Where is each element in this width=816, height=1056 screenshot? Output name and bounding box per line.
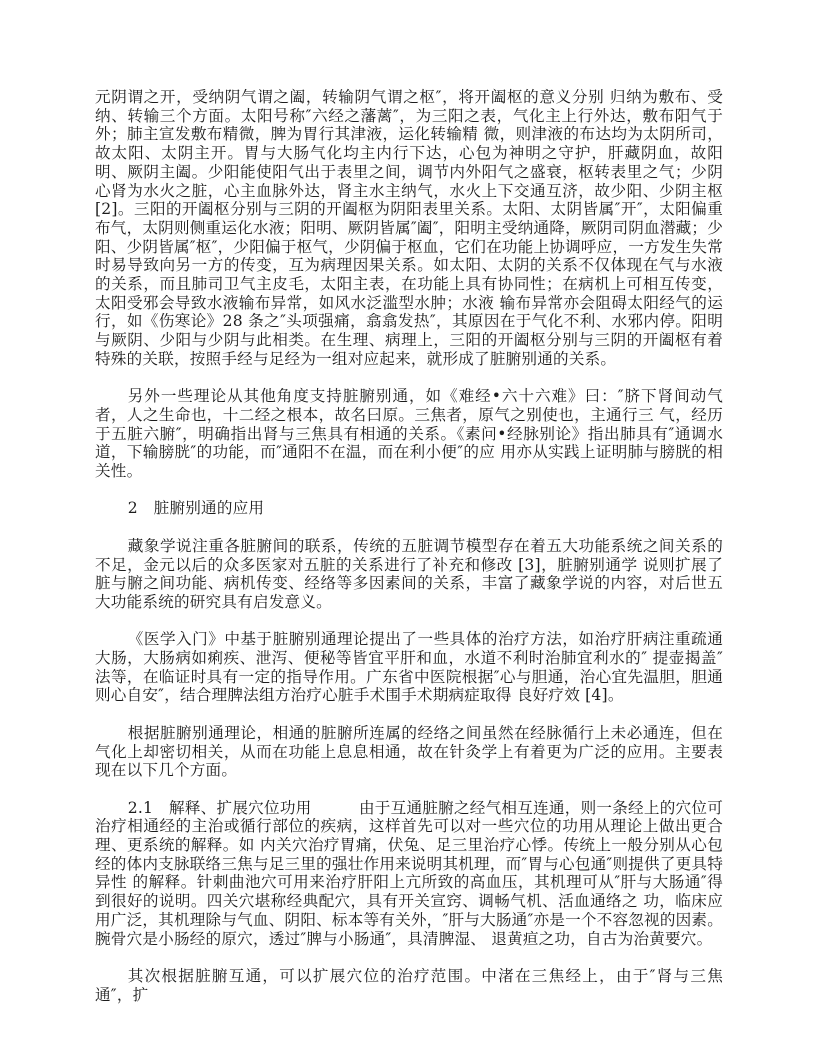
paragraph-theory-support: 另外一些理论从其他角度支持脏腑别通，如《难经•六十六难》曰：″脐下肾间动气者，人… — [95, 387, 723, 481]
paragraph-genju-theory: 根据脏腑别通理论，相通的脏腑所连属的经络之间虽然在经脉循行上未必通连，但在气化上… — [95, 724, 723, 780]
text-block: 元阴谓之开，受纳阴气谓之阖，转输阴气谓之枢″，将开阖枢的意义分别 归纳为敷布、受… — [95, 88, 723, 1004]
document-page: 元阴谓之开，受纳阴气谓之阖，转输阴气谓之枢″，将开阖枢的意义分别 归纳为敷布、受… — [0, 0, 816, 1056]
section-2-heading: 2 脏腑别通的应用 — [95, 499, 723, 518]
paragraph-yixuerumen: 《医学入门》中基于脏腑别通理论提出了一些具体的治疗方法，如治疗肝病注重疏通大肠，… — [95, 630, 723, 705]
paragraph-zangxiang-theory: 藏象学说注重各脏腑间的联系，传统的五脏调节模型存在着五大功能系统之间关系的不足，… — [95, 537, 723, 612]
paragraph-expand-range: 其次根据脏腑互通，可以扩展穴位的治疗范围。中渚在三焦经上，由于″肾与三焦通″，扩 — [95, 967, 723, 1004]
paragraph-2-1-acupoint-use: 2.1 解释、扩展穴位功用 由于互通脏腑之经气相互连通，则一条经上的穴位可治疗相… — [95, 799, 723, 949]
paragraph-opening-continuation: 元阴谓之开，受纳阴气谓之阖，转输阴气谓之枢″，将开阖枢的意义分别 归纳为敷布、受… — [95, 88, 723, 369]
